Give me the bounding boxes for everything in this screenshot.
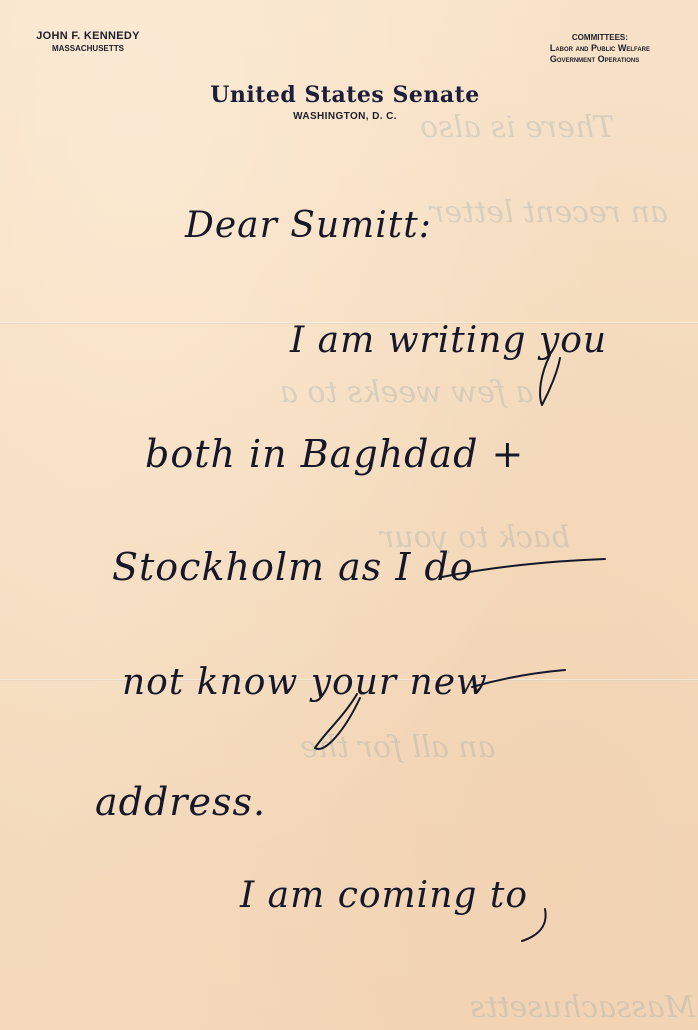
senate-location: WASHINGTON, D. C.: [0, 111, 694, 122]
bleed-through-text: Massachusetts: [470, 990, 695, 1025]
sender-state: MASSACHUSETTS: [24, 44, 152, 53]
sender-name: JOHN F. KENNEDY: [24, 30, 152, 42]
bleed-through-text: an recent letter: [430, 195, 668, 230]
letter-line: Stockholm as I do: [112, 545, 474, 589]
letter-line: I am writing you: [290, 320, 607, 361]
senate-title: United States Senate: [210, 82, 480, 108]
committees-title: COMMITTEES:: [550, 32, 650, 43]
bleed-through-text: an all for the: [300, 730, 496, 765]
letterhead-committees: COMMITTEES: Labor and Public Welfare Gov…: [550, 32, 650, 65]
letter-salutation: Dear Sumitt:: [185, 205, 432, 246]
committee-item: Government Operations: [550, 54, 650, 65]
letter-line: I am coming to: [240, 875, 528, 916]
letter-line: not know your new: [122, 662, 488, 703]
letter-page: There is also an recent letter a few wee…: [0, 0, 698, 1030]
letter-line: both in Baghdad +: [145, 432, 524, 476]
committee-item: Labor and Public Welfare: [550, 43, 650, 54]
letterhead-sender: JOHN F. KENNEDY MASSACHUSETTS: [24, 30, 152, 53]
letterhead-institution: United States Senate WASHINGTON, D. C.: [0, 82, 698, 122]
bleed-through-text: a few weeks to a: [280, 375, 533, 410]
letter-line: address.: [95, 780, 266, 824]
